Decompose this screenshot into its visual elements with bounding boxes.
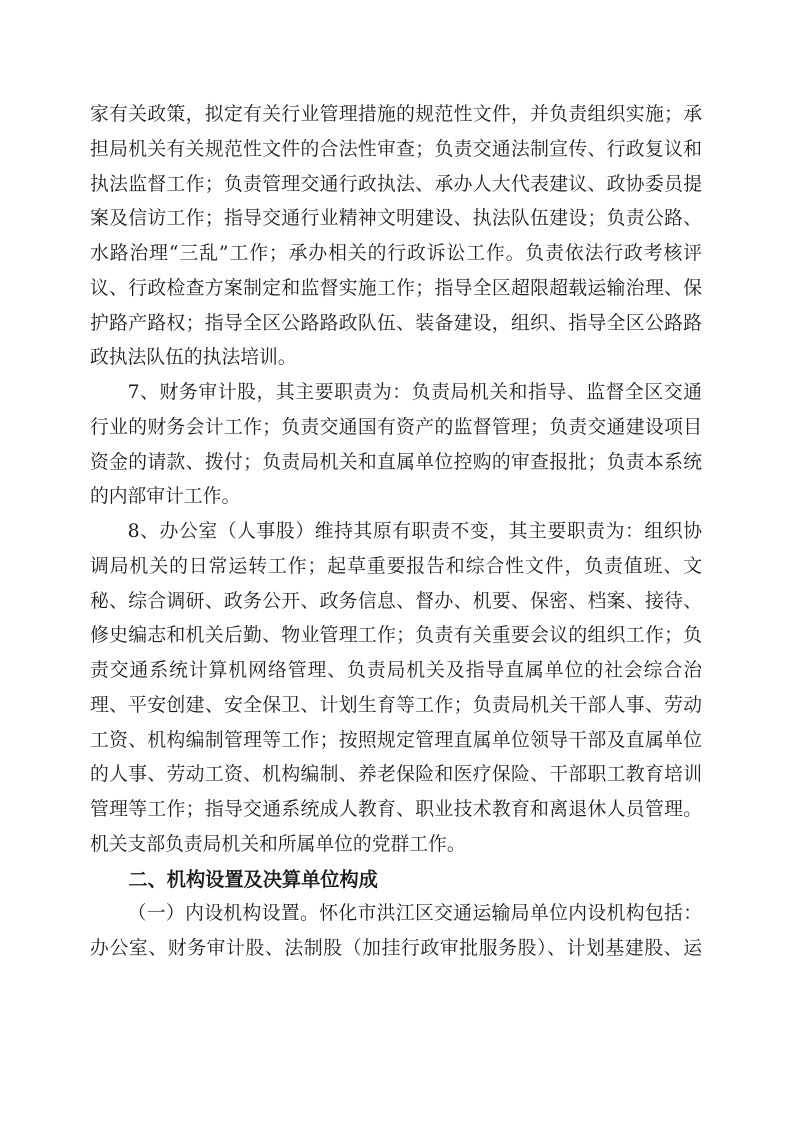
text-line: 执法监督工作；负责管理交通行政执法、承办人大代表建议、政协委员提 [90,168,702,203]
section-heading-org-setup: 二、机构设置及决算单位构成 [90,863,702,898]
paragraph-office-personnel-unit: 8、办公室（人事股）维持其原有职责不变，其主要职责为：组织协 调局机关的日常运转… [90,515,702,863]
paragraph-finance-audit-unit: 7、财务审计股，其主要职责为：负责局机关和指导、监督全区交通 行业的财务会计工作… [90,376,702,515]
text-line: 的内部审计工作。 [90,480,702,515]
text-line: 理、平安创建、安全保卫、计划生育等工作；负责局机关干部人事、劳动 [90,689,702,724]
text-line: 管理等工作；指导交通系统成人教育、职业技术教育和离退休人员管理。 [90,793,702,828]
paragraph-legal-duties-continuation: 家有关政策，拟定有关行业管理措施的规范性文件，并负责组织实施；承 担局机关有关规… [90,98,702,376]
text-line: 案及信访工作；指导交通行业精神文明建设、执法队伍建设；负责公路、 [90,202,702,237]
document-text-block: 家有关政策，拟定有关行业管理措施的规范性文件，并负责组织实施；承 担局机关有关规… [90,98,702,967]
text-line: （一）内设机构设置。怀化市洪江区交通运输局单位内设机构包括： [90,897,702,932]
text-line: 议、行政检查方案制定和监督实施工作；指导全区超限超载运输治理、保 [90,272,702,307]
text-line: 资金的请款、拨付；负责局机关和直属单位控购的审查报批；负责本系统 [90,446,702,481]
paragraph-internal-org-setup: （一）内设机构设置。怀化市洪江区交通运输局单位内设机构包括： 办公室、财务审计股… [90,897,702,967]
text-line: 担局机关有关规范性文件的合法性审查；负责交通法制宣传、行政复议和 [90,133,702,168]
text-line: 家有关政策，拟定有关行业管理措施的规范性文件，并负责组织实施；承 [90,98,702,133]
text-line: 责交通系统计算机网络管理、负责局机关及指导直属单位的社会综合治 [90,654,702,689]
text-line: 护路产路权；指导全区公路路政队伍、装备建设，组织、指导全区公路路 [90,307,702,342]
text-line: 8、办公室（人事股）维持其原有职责不变，其主要职责为：组织协 [90,515,702,550]
text-line: 政执法队伍的执法培训。 [90,341,702,376]
text-line: 秘、综合调研、政务公开、政务信息、督办、机要、保密、档案、接待、 [90,585,702,620]
text-line: 的人事、劳动工资、机构编制、养老保险和医疗保险、干部职工教育培训 [90,758,702,793]
text-line: 调局机关的日常运转工作；起草重要报告和综合性文件，负责值班、文 [90,550,702,585]
document-page: 家有关政策，拟定有关行业管理措施的规范性文件，并负责组织实施；承 担局机关有关规… [0,0,793,1122]
text-line: 7、财务审计股，其主要职责为：负责局机关和指导、监督全区交通 [90,376,702,411]
text-line: 修史编志和机关后勤、物业管理工作；负责有关重要会议的组织工作；负 [90,619,702,654]
text-line: 行业的财务会计工作；负责交通国有资产的监督管理；负责交通建设项目 [90,411,702,446]
text-line: 办公室、财务审计股、法制股（加挂行政审批服务股）、计划基建股、运 [90,932,702,967]
text-line: 工资、机构编制管理等工作；按照规定管理直属单位领导干部及直属单位 [90,724,702,759]
text-line: 机关支部负责局机关和所属单位的党群工作。 [90,828,702,863]
text-line: 水路治理“三乱”工作；承办相关的行政诉讼工作。负责依法行政考核评 [90,237,702,272]
